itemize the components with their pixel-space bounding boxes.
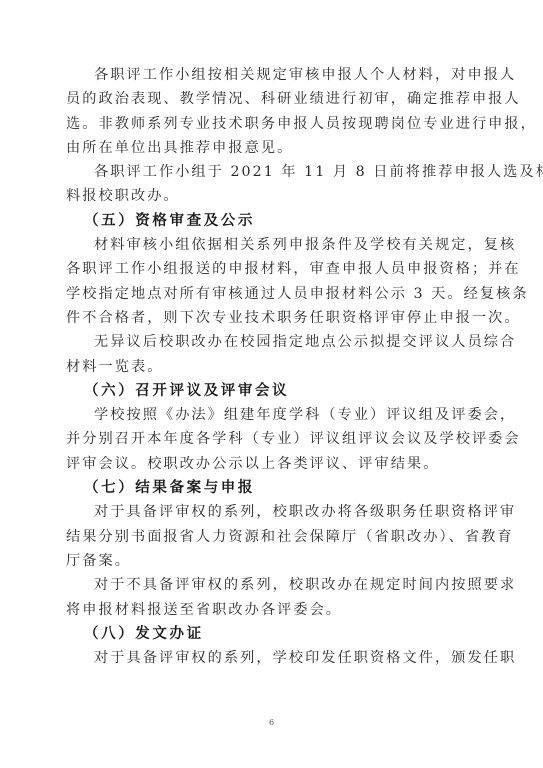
paragraph-line: 各职评工作小组于 2021 年 11 月 8 日前将推荐申报人选及材 xyxy=(66,160,478,184)
paragraph-line: 学校按照《办法》组建年度学科（专业）评议组及评委会， xyxy=(66,403,478,427)
paragraph-line: 厅备案。 xyxy=(66,549,478,573)
paragraph-line: 无异议后校职改办在校园指定地点公示拟提交评议人员综合 xyxy=(66,330,478,354)
paragraph-line: 对于不具备评审权的系列，校职改办在规定时间内按照要求 xyxy=(66,573,478,597)
paragraph-line: 材料审核小组依据相关系列申报条件及学校有关规定，复核 xyxy=(66,233,478,257)
document-body: 各职评工作小组按相关规定审核申报人个人材料，对申报人 员的政治表现、教学情况、科… xyxy=(66,63,478,670)
paragraph-line: 对于具备评审权的系列，学校印发任职资格文件，颁发任职 xyxy=(66,646,478,670)
section-heading-6: （六）召开评议及评审会议 xyxy=(66,379,478,403)
paragraph-line: 评审会议。校职改办公示以上各类评议、评审结果。 xyxy=(66,452,478,476)
paragraph-line: 由所在单位出具推荐申报意见。 xyxy=(66,136,478,160)
paragraph-line: 件不合格者，则下次专业技术职务任职资格评审停止申报一次。 xyxy=(66,306,478,330)
paragraph-line: 对于具备评审权的系列，校职改办将各级职务任职资格评审 xyxy=(66,500,478,524)
paragraph-line: 各职评工作小组报送的申报材料，审查申报人员申报资格；并在 xyxy=(66,257,478,281)
section-heading-7: （七）结果备案与申报 xyxy=(66,476,478,500)
paragraph-line: 选。非教师系列专业技术职务申报人员按现聘岗位专业进行申报， xyxy=(66,112,478,136)
page-number: 6 xyxy=(0,718,543,727)
document-page: 各职评工作小组按相关规定审核申报人个人材料，对申报人 员的政治表现、教学情况、科… xyxy=(0,0,543,768)
paragraph-line: 学校指定地点对所有审核通过人员申报材料公示 3 天。经复核条 xyxy=(66,282,478,306)
paragraph-line: 将申报材料报送至省职改办各评委会。 xyxy=(66,598,478,622)
paragraph-line: 员的政治表现、教学情况、科研业绩进行初审，确定推荐申报人 xyxy=(66,87,478,111)
paragraph-line: 结果分别书面报省人力资源和社会保障厅（省职改办）、省教育 xyxy=(66,525,478,549)
paragraph-line: 料报校职改办。 xyxy=(66,184,478,208)
paragraph-line: 并分别召开本年度各学科（专业）评议组评议会议及学校评委会 xyxy=(66,427,478,451)
section-heading-8: （八）发文办证 xyxy=(66,622,478,646)
paragraph-line: 各职评工作小组按相关规定审核申报人个人材料，对申报人 xyxy=(66,63,478,87)
paragraph-line: 材料一览表。 xyxy=(66,355,478,379)
section-heading-5: （五）资格审查及公示 xyxy=(66,209,478,233)
